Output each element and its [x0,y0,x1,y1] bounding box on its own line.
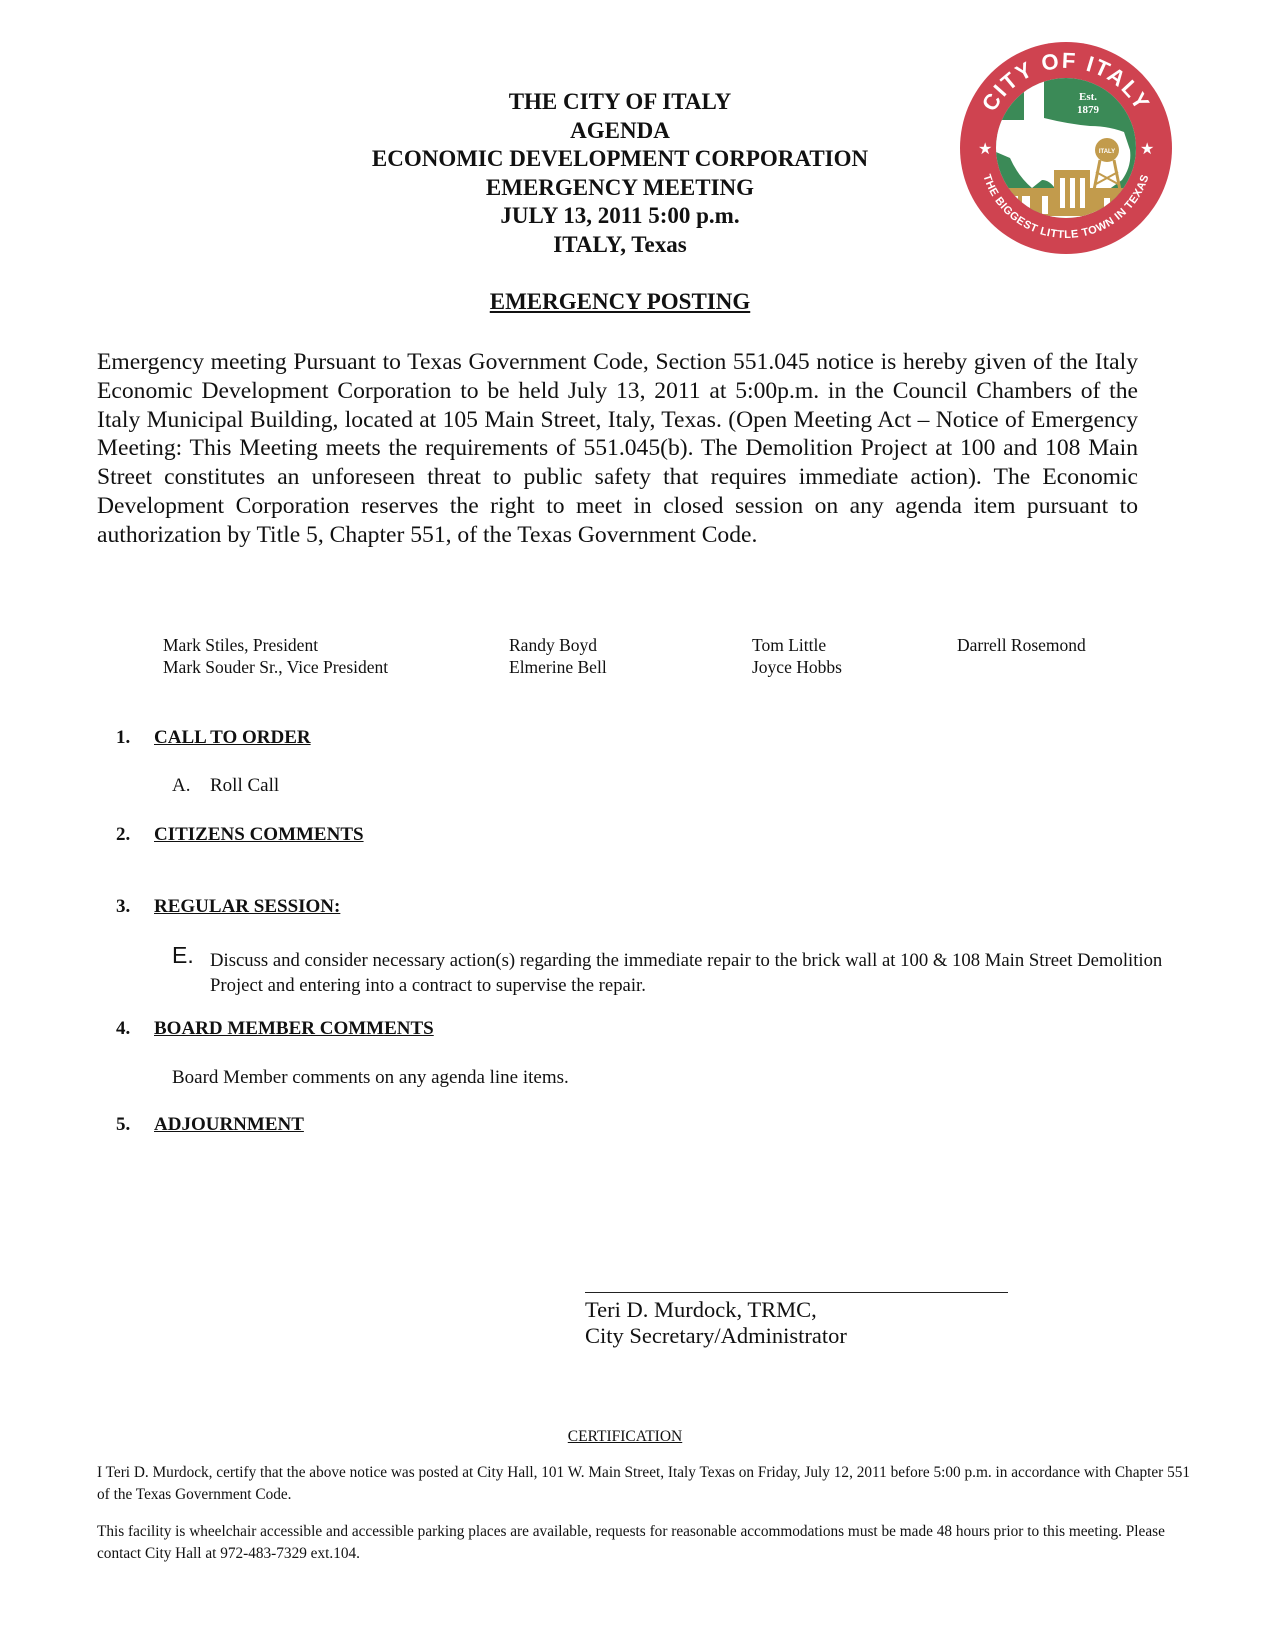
svg-text:★: ★ [978,139,992,158]
board-member: Randy Boyd [509,634,607,656]
agenda-item-2-number: 2. [116,824,130,846]
signatory-name: Teri D. Murdock, TRMC, [585,1297,847,1323]
certification-title: CERTIFICATION [540,1428,710,1446]
notice-paragraph: Emergency meeting Pursuant to Texas Gove… [97,348,1138,550]
board-member: Darrell Rosemond [957,634,1086,656]
svg-text:1879: 1879 [1077,104,1100,116]
board-column-2: Randy Boyd Elmerine Bell [509,634,607,678]
header-location: ITALY, Texas [330,231,910,260]
agenda-item-3e-text: Discuss and consider necessary action(s)… [210,948,1200,998]
board-member: Mark Stiles, President [163,634,388,656]
board-member: Elmerine Bell [509,656,607,678]
agenda-item-1a-text: Roll Call [210,775,279,797]
header-meeting-type: EMERGENCY MEETING [330,174,910,203]
board-member: Joyce Hobbs [752,656,842,678]
board-member: Tom Little [752,634,842,656]
city-seal-logo: ITALY Est. 1879 CITY OF ITALY THE BIGGES… [958,40,1174,256]
board-member: Mark Souder Sr., Vice President [163,656,388,678]
header-agenda: AGENDA [330,117,910,146]
city-seal-icon: ITALY Est. 1879 CITY OF ITALY THE BIGGES… [958,40,1174,256]
document-header: THE CITY OF ITALY AGENDA ECONOMIC DEVELO… [330,88,910,260]
board-column-4: Darrell Rosemond [957,634,1086,656]
agenda-item-2-heading: CITIZENS COMMENTS [154,824,364,846]
agenda-item-1-heading: CALL TO ORDER [154,727,311,749]
agenda-item-5-heading: ADJOURNMENT [154,1114,304,1136]
certification-text: I Teri D. Murdock, certify that the abov… [97,1462,1197,1506]
header-organization: ECONOMIC DEVELOPMENT CORPORATION [330,145,910,174]
agenda-item-5-number: 5. [116,1114,130,1136]
agenda-item-4-number: 4. [116,1018,130,1040]
signature-line [585,1292,1008,1293]
posting-title: EMERGENCY POSTING [330,289,910,315]
board-column-3: Tom Little Joyce Hobbs [752,634,842,678]
signatory-title: City Secretary/Administrator [585,1323,847,1349]
agenda-item-4-text: Board Member comments on any agenda line… [172,1067,569,1089]
agenda-item-4-heading: BOARD MEMBER COMMENTS [154,1018,434,1040]
agenda-item-1-number: 1. [116,727,130,749]
accessibility-notice: This facility is wheelchair accessible a… [97,1521,1197,1565]
agenda-item-3-heading: REGULAR SESSION: [154,896,340,918]
signature-block: Teri D. Murdock, TRMC, City Secretary/Ad… [585,1297,847,1349]
svg-text:Est.: Est. [1079,91,1097,103]
svg-text:★: ★ [1140,139,1154,158]
header-datetime: JULY 13, 2011 5:00 p.m. [330,202,910,231]
agenda-item-3-number: 3. [116,896,130,918]
agenda-item-3e-letter: E. [172,942,194,969]
board-column-1: Mark Stiles, President Mark Souder Sr., … [163,634,388,678]
agenda-item-1a-letter: A. [172,775,190,797]
header-city: THE CITY OF ITALY [330,88,910,117]
svg-text:ITALY: ITALY [1099,149,1115,155]
